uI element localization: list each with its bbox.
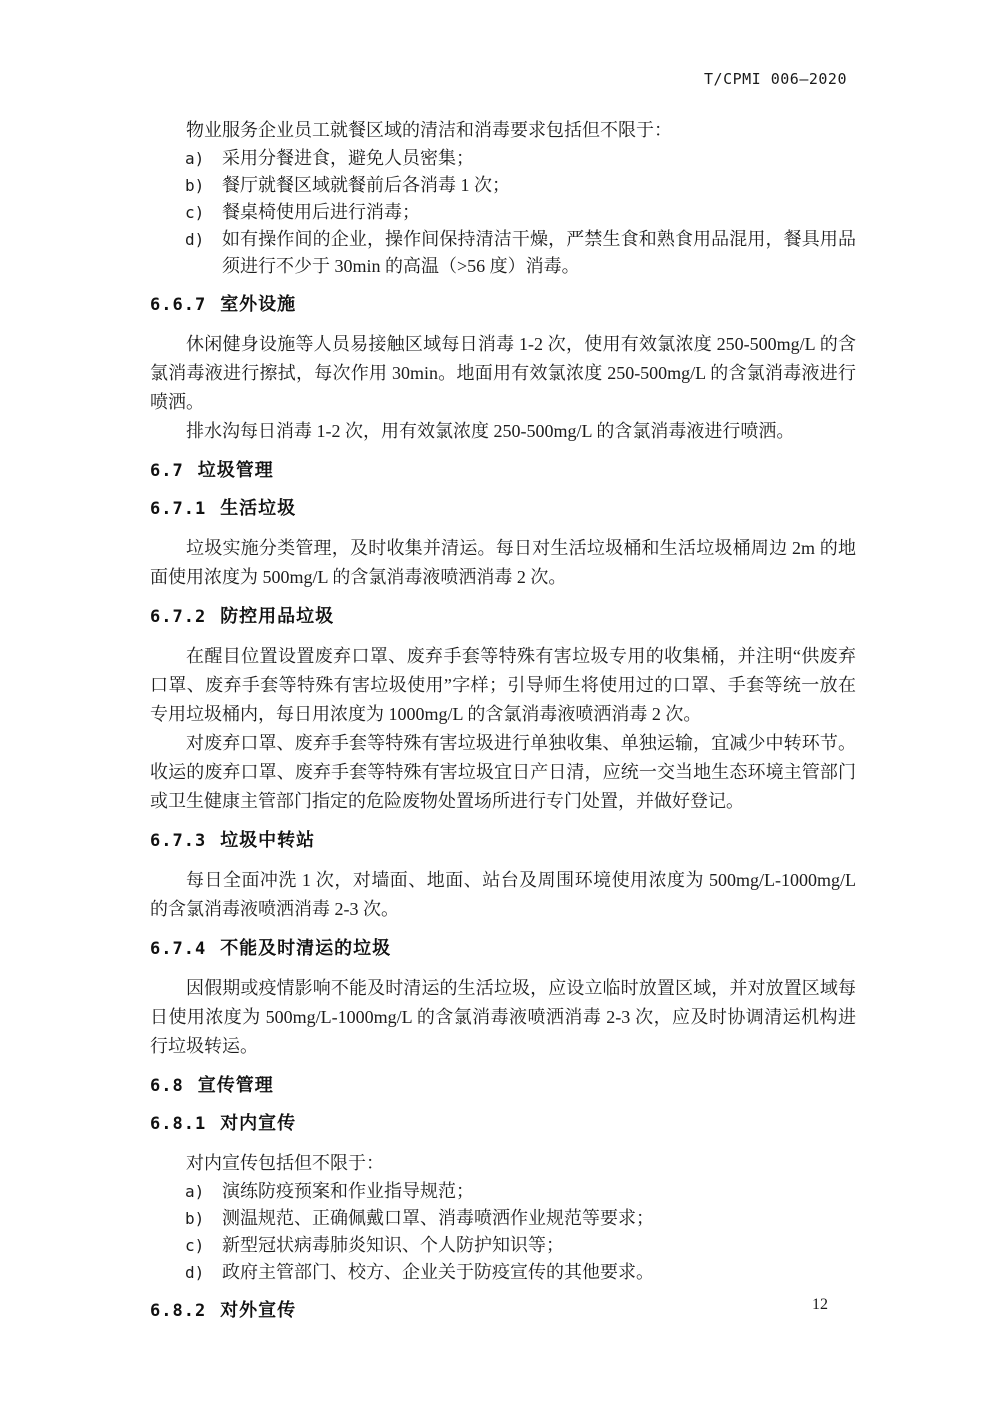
- list-item-label: d): [185, 1259, 204, 1286]
- list-item: d)政府主管部门、校方、企业关于防疫宣传的其他要求。: [150, 1259, 856, 1286]
- paragraph: 休闲健身设施等人员易接触区域每日消毒 1-2 次，使用有效氯浓度 250-500…: [150, 330, 856, 417]
- list-item-text: 如有操作间的企业，操作间保持清洁干燥，严禁生食和熟食用品混用，餐具用品须进行不少…: [222, 229, 856, 276]
- lettered-list: a)采用分餐进食，避免人员密集；b)餐厅就餐区域就餐前后各消毒 1 次；c)餐桌…: [150, 145, 856, 280]
- list-item-text: 餐桌椅使用后进行消毒；: [222, 202, 420, 222]
- list-item: a)采用分餐进食，避免人员密集；: [150, 145, 856, 172]
- section-number: 6.6.7: [150, 295, 206, 315]
- section-heading: 6.7垃圾管理: [150, 458, 856, 484]
- list-item-label: a): [185, 1178, 204, 1205]
- paragraph: 因假期或疫情影响不能及时清运的生活垃圾，应设立临时放置区域，并对放置区域每日使用…: [150, 974, 856, 1061]
- paragraph: 物业服务企业员工就餐区域的清洁和消毒要求包括但不限于：: [150, 116, 856, 145]
- list-item-label: b): [185, 1205, 204, 1232]
- list-item-label: b): [185, 172, 204, 199]
- section-title: 对外宣传: [220, 1300, 296, 1320]
- paragraph: 垃圾实施分类管理，及时收集并清运。每日对生活垃圾桶和生活垃圾桶周边 2m 的地面…: [150, 534, 856, 592]
- list-item-text: 演练防疫预案和作业指导规范；: [222, 1181, 474, 1201]
- section-number: 6.7.4: [150, 939, 206, 959]
- section-title: 防控用品垃圾: [220, 606, 334, 626]
- section-heading: 6.7.2防控用品垃圾: [150, 604, 856, 630]
- paragraph: 在醒目位置设置废弃口罩、废弃手套等特殊有害垃圾专用的收集桶，并注明“供废弃口罩、…: [150, 642, 856, 729]
- list-item-label: d): [185, 226, 204, 253]
- paragraph: 对内宣传包括但不限于：: [150, 1149, 856, 1178]
- section-title: 生活垃圾: [220, 498, 296, 518]
- section-title: 垃圾中转站: [220, 830, 315, 850]
- section-number: 6.7.1: [150, 499, 206, 519]
- section-number: 6.8.2: [150, 1301, 206, 1321]
- section-number: 6.7: [150, 461, 184, 481]
- section-heading: 6.7.4不能及时清运的垃圾: [150, 936, 856, 962]
- list-item-text: 采用分餐进食，避免人员密集；: [222, 148, 474, 168]
- list-item-text: 新型冠状病毒肺炎知识、个人防护知识等；: [222, 1235, 564, 1255]
- list-item: d)如有操作间的企业，操作间保持清洁干燥，严禁生食和熟食用品混用，餐具用品须进行…: [150, 226, 856, 280]
- section-title: 对内宣传: [220, 1113, 296, 1133]
- section-title: 宣传管理: [198, 1075, 274, 1095]
- section-heading: 6.7.3垃圾中转站: [150, 828, 856, 854]
- list-item-text: 测温规范、正确佩戴口罩、消毒喷洒作业规范等要求；: [222, 1208, 654, 1228]
- section-title: 室外设施: [220, 294, 296, 314]
- document-page: T/CPMI 006—2020 物业服务企业员工就餐区域的清洁和消毒要求包括但不…: [0, 0, 1000, 1415]
- section-number: 6.8: [150, 1076, 184, 1096]
- paragraph: 对废弃口罩、废弃手套等特殊有害垃圾进行单独收集、单独运输，宜减少中转环节。收运的…: [150, 729, 856, 816]
- section-number: 6.7.3: [150, 831, 206, 851]
- lettered-list: a)演练防疫预案和作业指导规范；b)测温规范、正确佩戴口罩、消毒喷洒作业规范等要…: [150, 1178, 856, 1286]
- section-number: 6.7.2: [150, 607, 206, 627]
- list-item-label: c): [185, 1232, 204, 1259]
- list-item: a)演练防疫预案和作业指导规范；: [150, 1178, 856, 1205]
- document-content: 物业服务企业员工就餐区域的清洁和消毒要求包括但不限于：a)采用分餐进食，避免人员…: [150, 116, 856, 1336]
- list-item: c)餐桌椅使用后进行消毒；: [150, 199, 856, 226]
- list-item: b)测温规范、正确佩戴口罩、消毒喷洒作业规范等要求；: [150, 1205, 856, 1232]
- paragraph: 每日全面冲洗 1 次，对墙面、地面、站台及周围环境使用浓度为 500mg/L-1…: [150, 866, 856, 924]
- list-item-text: 政府主管部门、校方、企业关于防疫宣传的其他要求。: [222, 1262, 654, 1282]
- section-heading: 6.8宣传管理: [150, 1073, 856, 1099]
- section-heading: 6.8.2对外宣传: [150, 1298, 856, 1324]
- section-heading: 6.7.1生活垃圾: [150, 496, 856, 522]
- list-item-label: c): [185, 199, 204, 226]
- list-item: b)餐厅就餐区域就餐前后各消毒 1 次；: [150, 172, 856, 199]
- section-title: 不能及时清运的垃圾: [220, 938, 391, 958]
- paragraph: 排水沟每日消毒 1-2 次，用有效氯浓度 250-500mg/L 的含氯消毒液进…: [150, 417, 856, 446]
- page-number: 12: [790, 1296, 850, 1314]
- list-item-label: a): [185, 145, 204, 172]
- list-item-text: 餐厅就餐区域就餐前后各消毒 1 次；: [222, 175, 510, 195]
- document-header-reference: T/CPMI 006—2020: [704, 70, 847, 88]
- section-heading: 6.6.7室外设施: [150, 292, 856, 318]
- section-number: 6.8.1: [150, 1114, 206, 1134]
- list-item: c)新型冠状病毒肺炎知识、个人防护知识等；: [150, 1232, 856, 1259]
- section-heading: 6.8.1对内宣传: [150, 1111, 856, 1137]
- section-title: 垃圾管理: [198, 460, 274, 480]
